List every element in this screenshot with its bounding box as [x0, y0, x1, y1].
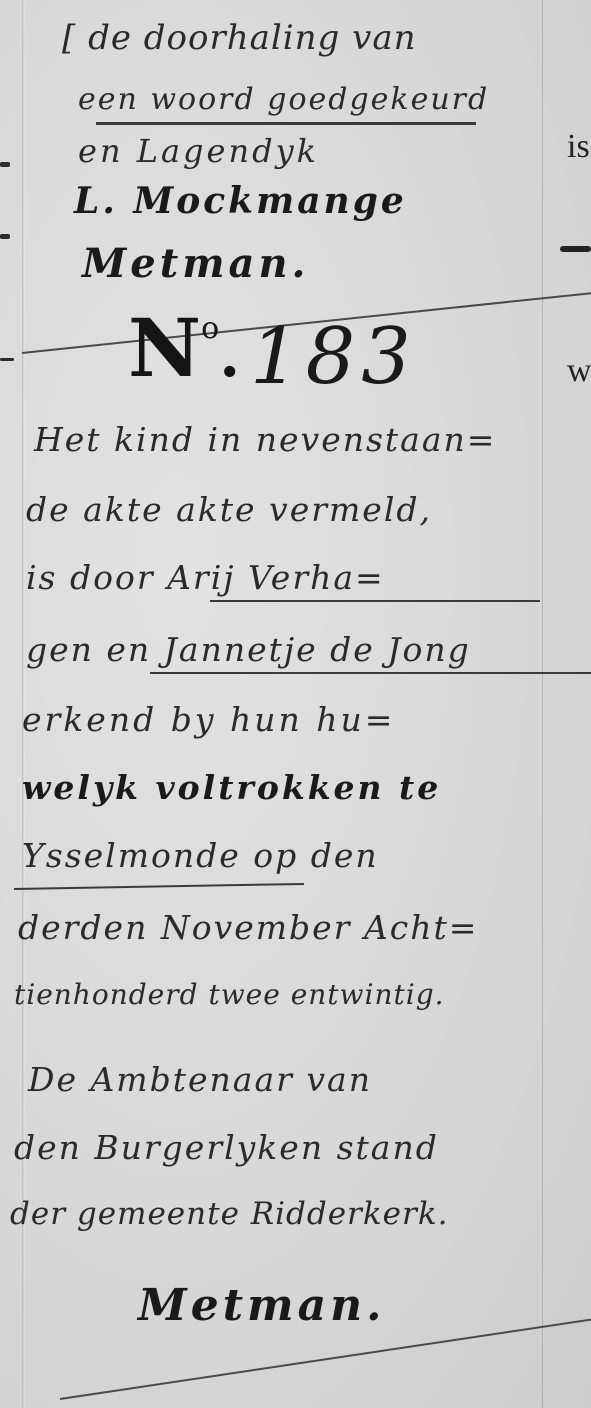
- column-rule: [542, 0, 543, 1408]
- body-line: Ysselmonde op den: [22, 836, 379, 875]
- number-prefix: N: [128, 301, 201, 395]
- name-underline: [150, 672, 591, 674]
- number-prefix-superscript: o: [201, 311, 219, 346]
- right-column-fragment: is: [567, 128, 590, 166]
- margin-ink-mark: [0, 234, 10, 239]
- body-line: Het kind in nevenstaan=: [34, 420, 496, 459]
- marginal-note-signature: Metman.: [82, 240, 309, 287]
- place-underline: [14, 883, 304, 890]
- margin-ink-mark: [0, 162, 10, 167]
- body-line: den Burgerlyken stand: [14, 1128, 439, 1167]
- body-line: erkend by hun hu=: [22, 700, 395, 739]
- body-line: de akte akte vermeld,: [26, 490, 432, 529]
- body-line: der gemeente Ridderkerk.: [10, 1196, 448, 1232]
- body-line: gen en Jannetje de Jong: [26, 630, 471, 669]
- signature: Metman.: [138, 1280, 385, 1331]
- document-page: [ de doorhaling van een woord goedgekeur…: [0, 0, 591, 1408]
- entry-number: 183: [250, 318, 417, 396]
- body-line: De Ambtenaar van: [28, 1060, 372, 1099]
- marginal-note-line: [ de doorhaling van: [62, 18, 416, 58]
- number-dot: .: [219, 321, 240, 391]
- body-line: tienhonderd twee entwintig.: [14, 978, 445, 1011]
- entry-number-label: No.: [128, 308, 240, 388]
- body-line: welyk voltrokken te: [22, 768, 441, 807]
- right-column-ink-mark: [560, 246, 591, 252]
- marginal-note-line: een woord goedgekeurd: [78, 82, 489, 117]
- marginal-note-line: en Lagendyk: [78, 132, 319, 170]
- marginal-note-underline: [96, 122, 476, 125]
- body-line: is door Arij Verha=: [26, 558, 385, 597]
- margin-ink-mark: [0, 358, 14, 361]
- body-line: derden November Acht=: [18, 908, 478, 947]
- right-column-fragment: w: [567, 352, 591, 390]
- name-underline: [210, 600, 540, 602]
- marginal-note-line: L. Mockmange: [74, 180, 407, 222]
